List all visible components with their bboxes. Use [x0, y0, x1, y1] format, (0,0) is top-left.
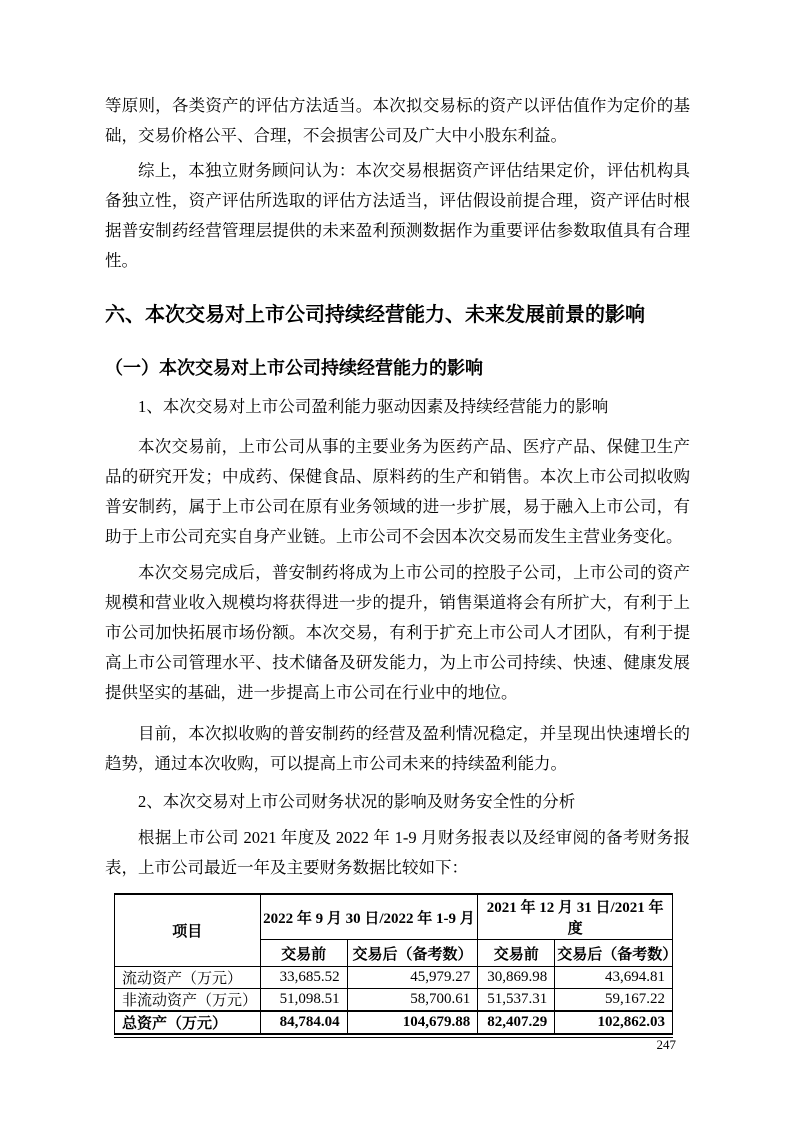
table-header-pre-deal-2021: 交易前: [478, 940, 555, 967]
table-row-noncurrent-assets: 非流动资产（万元） 51,098.51 58,700.61 51,537.31 …: [115, 989, 673, 1012]
table-header-post-deal-2021: 交易后（备考数）: [555, 940, 673, 967]
table-header-period-2021: 2021 年 12 月 31 日/2021 年度: [478, 894, 673, 940]
page-number: 247: [657, 1037, 677, 1053]
document-page: 等原则，各类资产的评估方法适当。本次拟交易标的资产以评估值作为定价的基础，交易价…: [0, 0, 793, 1122]
row-label: 非流动资产（万元）: [115, 989, 261, 1012]
cell-value: 43,694.81: [555, 967, 673, 989]
paragraph-before-deal: 本次交易前，上市公司从事的主要业务为医药产品、医疗产品、保健卫生产品的研究开发；…: [105, 432, 690, 552]
cell-value: 51,098.51: [260, 989, 347, 1012]
item-2-heading: 2、本次交易对上市公司财务状况的影响及财务安全性的分析: [105, 787, 690, 817]
table-header-post-deal-2022: 交易后（备考数）: [347, 940, 478, 967]
subsection-heading-one: （一）本次交易对上市公司持续经营能力的影响: [105, 356, 690, 380]
cell-value: 33,685.52: [260, 967, 347, 989]
paragraph-table-intro: 根据上市公司 2021 年度及 2022 年 1-9 月财务报表以及经审阅的备考…: [105, 823, 690, 883]
paragraph-advisor-opinion: 综上，本独立财务顾问认为：本次交易根据资产评估结果定价，评估机构具备独立性，资产…: [105, 156, 690, 276]
paragraph-after-deal: 本次交易完成后，普安制药将成为上市公司的控股子公司，上市公司的资产规模和营业收入…: [105, 558, 690, 708]
cell-value: 30,869.98: [478, 967, 555, 989]
table-header-row-periods: 项目 2022 年 9 月 30 日/2022 年 1-9 月 2021 年 1…: [115, 894, 673, 940]
cell-value: 59,167.22: [555, 989, 673, 1012]
cell-value: 58,700.61: [347, 989, 478, 1012]
cell-value: 84,784.04: [260, 1011, 347, 1034]
row-label: 流动资产（万元）: [115, 967, 261, 989]
cell-value: 51,537.31: [478, 989, 555, 1012]
financial-table-wrapper: 项目 2022 年 9 月 30 日/2022 年 1-9 月 2021 年 1…: [114, 893, 673, 1038]
table-header-period-2022: 2022 年 9 月 30 日/2022 年 1-9 月: [260, 894, 478, 940]
table-row-total-assets: 总资产（万元） 84,784.04 104,679.88 82,407.29 1…: [115, 1011, 673, 1034]
financial-comparison-table: 项目 2022 年 9 月 30 日/2022 年 1-9 月 2021 年 1…: [114, 893, 673, 1035]
table-header-item: 项目: [115, 894, 261, 967]
section-heading-six: 六、本次交易对上市公司持续经营能力、未来发展前景的影响: [105, 302, 690, 328]
cell-value: 102,862.03: [555, 1011, 673, 1034]
table-header-pre-deal-2022: 交易前: [260, 940, 347, 967]
paragraph-current-status: 目前，本次拟收购的普安制药的经营及盈利情况稳定，并呈现出快速增长的趋势，通过本次…: [105, 719, 690, 779]
cell-value: 45,979.27: [347, 967, 478, 989]
cell-value: 104,679.88: [347, 1011, 478, 1034]
cell-value: 82,407.29: [478, 1011, 555, 1034]
item-1-heading: 1、本次交易对上市公司盈利能力驱动因素及持续经营能力的影响: [105, 392, 690, 422]
row-label: 总资产（万元）: [115, 1011, 261, 1034]
paragraph-continued-from-previous-page: 等原则，各类资产的评估方法适当。本次拟交易标的资产以评估值作为定价的基础，交易价…: [105, 91, 690, 151]
table-row-current-assets: 流动资产（万元） 33,685.52 45,979.27 30,869.98 4…: [115, 967, 673, 989]
